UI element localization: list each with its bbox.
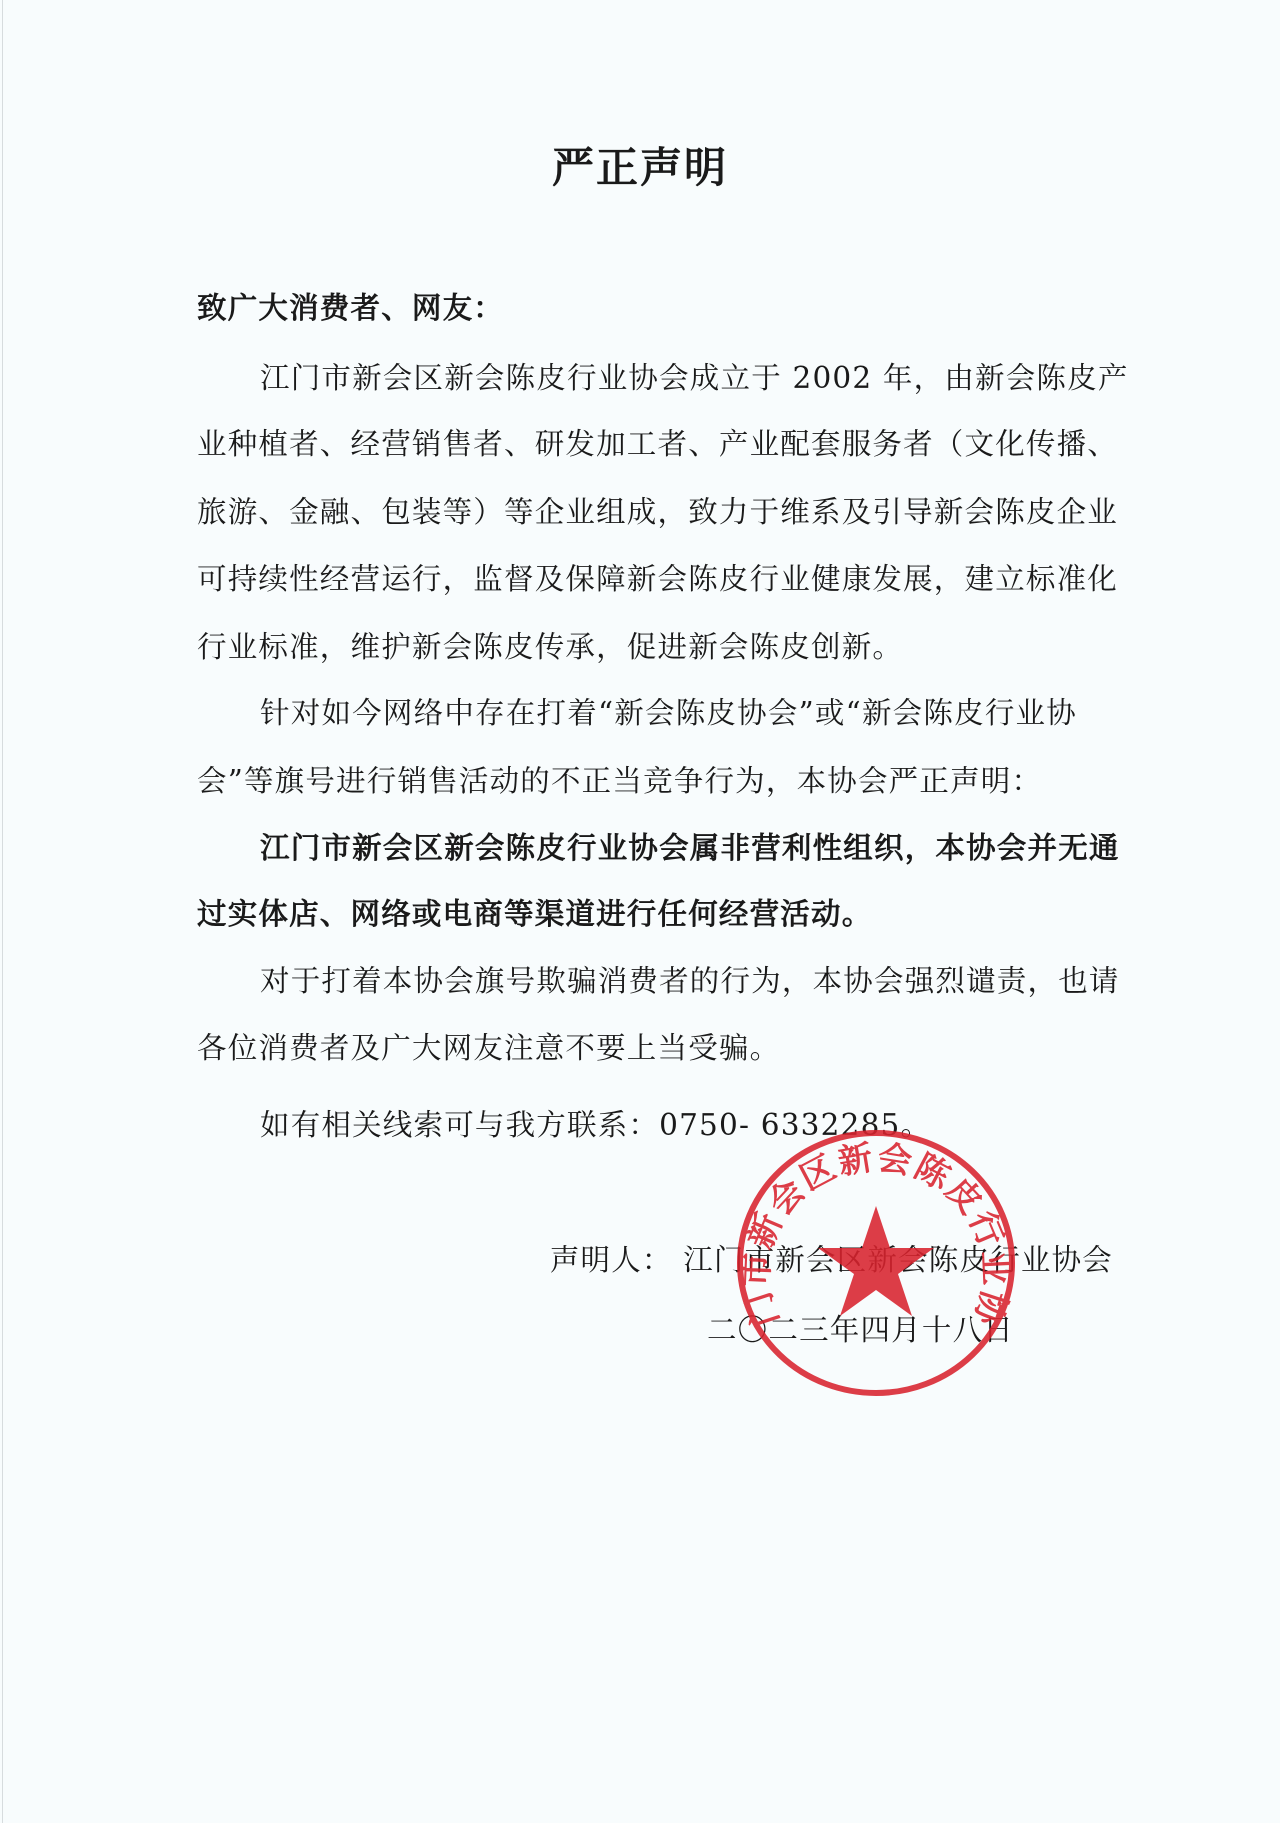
declaration-date: 二〇二三年四月十八日 [707,1310,1014,1350]
paragraph-line: 江门市新会区新会陈皮行业协会成立于 2002 年，由新会陈皮产 [260,358,1077,398]
paragraph-line: 各位消费者及广大网友注意不要上当受骗。 [197,1028,1077,1068]
page-edge-line [2,0,3,1823]
paragraph-line: 会”等旗号进行销售活动的不正当竞争行为，本协会严正声明： [197,761,1077,801]
contact-line: 如有相关线索可与我方联系：0750- 6332285。 [260,1105,1077,1145]
paragraph-line: 对于打着本协会旗号欺骗消费者的行为，本协会强烈谴责，也请 [260,961,1077,1001]
paragraph-line: 江门市新会区新会陈皮行业协会属非营利性组织，本协会并无通 [260,828,1077,868]
paragraph-line: 业种植者、经营销售者、研发加工者、产业配套服务者（文化传播、 [197,424,1077,464]
paragraph-line: 过实体店、网络或电商等渠道进行任何经营活动。 [197,894,1077,934]
seal-text: 江门市新会区新会陈皮行业协会 [736,1128,1016,1332]
declarant-line: 声明人： 江门市新会区新会陈皮行业协会 [550,1240,1113,1280]
salutation: 致广大消费者、网友： [197,288,1077,328]
paragraph-line: 针对如今网络中存在打着“新会陈皮协会”或“新会陈皮行业协 [260,693,1077,733]
paragraph-line: 旅游、金融、包装等）等企业组成，致力于维系及引导新会陈皮企业 [197,492,1077,532]
page-title: 严正声明 [0,140,1280,196]
paragraph-line: 行业标准，维护新会陈皮传承，促进新会陈皮创新。 [197,627,1077,667]
svg-text:江门市新会区新会陈皮行业协会: 江门市新会区新会陈皮行业协会 [736,1128,1016,1332]
paragraph-line: 可持续性经营运行，监督及保障新会陈皮行业健康发展，建立标准化 [197,559,1077,599]
